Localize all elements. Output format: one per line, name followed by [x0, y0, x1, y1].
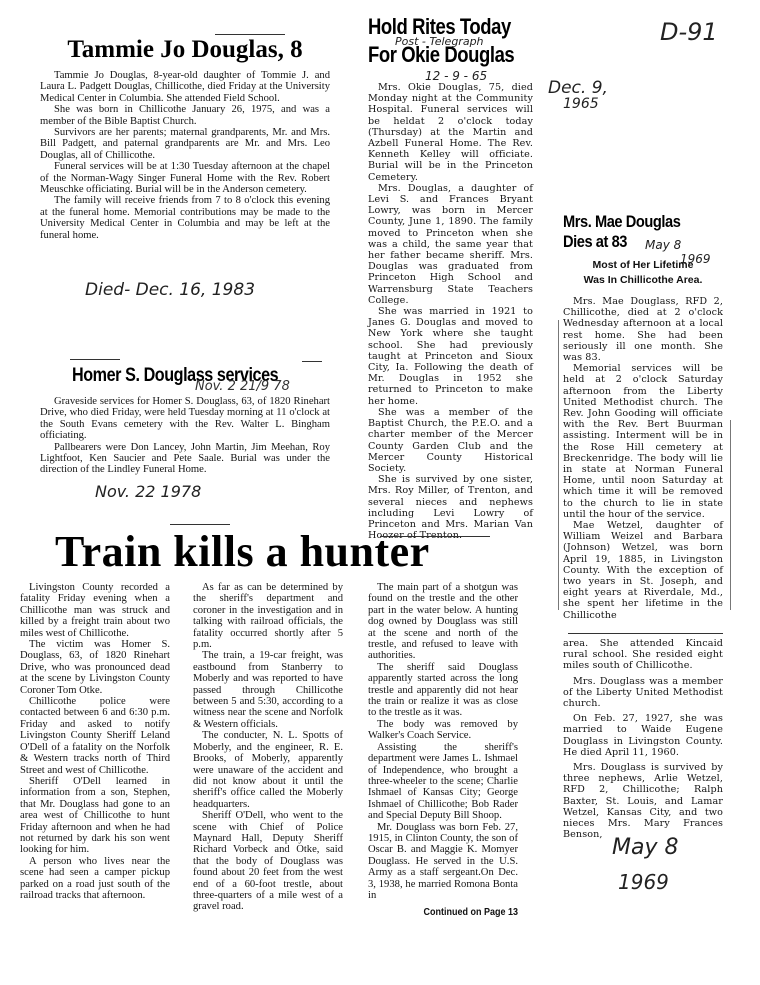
paragraph: The body was removed by Walker's Coach S… [368, 719, 518, 742]
paragraph: As far as can be determined by the sheri… [193, 582, 343, 650]
clipping-edge [730, 420, 731, 610]
paragraph: The conducter, N. L. Spotts of Moberly, … [193, 730, 343, 810]
paragraph: Livingston County recorded a fatality Fr… [20, 582, 170, 639]
continued-on-page-link: Continued on Page 13 [383, 907, 518, 918]
paragraph: Sheriff O'Dell, who went to the scene wi… [193, 810, 343, 913]
article-body: Graveside services for Homer S. Douglass… [40, 396, 330, 476]
article-body: Tammie Jo Douglas, 8-year-old daughter o… [40, 70, 330, 241]
handwritten-year-margin: 1965 [563, 96, 599, 112]
paragraph: The main part of a shotgun was found on … [368, 582, 518, 662]
paragraph: Assisting the sheriff's department were … [368, 742, 518, 822]
headline: Train kills a hunter [55, 526, 430, 577]
paragraph: On Feb. 27, 1927, she was married to Wai… [563, 713, 723, 758]
paragraph: Graveside services for Homer S. Douglass… [40, 396, 330, 442]
paragraph: Mrs. Douglass was a member of the Libert… [563, 676, 723, 710]
obituary-okie-douglas: Hold Rites Today For Okie Douglas Mrs. O… [368, 14, 533, 541]
paragraph: Pallbearers were Don Lancey, John Martin… [40, 442, 330, 476]
obituary-mae-douglas: Mrs. Mae Douglas Dies at 83 Most of Her … [563, 212, 723, 840]
headline-line-1: Mrs. Mae Douglas [563, 212, 701, 232]
paragraph: Memorial services will be held at 2 o'cl… [563, 363, 723, 520]
handwritten-date-margin: Dec. 9, [548, 78, 608, 98]
headline: Tammie Jo Douglas, 8 [40, 36, 330, 64]
handwritten-date-inline: May 8 [645, 238, 681, 252]
article-body: Mrs. Okie Douglas, 75, died Monday night… [368, 82, 533, 541]
paragraph: She was a member of the Baptist Church, … [368, 407, 533, 474]
handwritten-note-year: 1969 [618, 870, 669, 894]
paragraph: Mae Wetzel, daughter of William Weizel a… [563, 520, 723, 621]
paragraph: The victim was Homer S. Douglass, 63, of… [20, 639, 170, 696]
article-train-kills-hunter-header: Train kills a hunter [55, 526, 430, 577]
paragraph: Mrs. Douglass is survived by three nephe… [563, 762, 723, 840]
handwritten-date-overlay: Nov. 2 21/9 78 [195, 379, 290, 394]
obituary-tammie-jo-douglas: Tammie Jo Douglas, 8 Tammie Jo Douglas, … [40, 36, 330, 241]
handwritten-note-date: May 8 [612, 835, 678, 860]
paragraph: Sheriff O'Dell learned in information fr… [20, 776, 170, 856]
article-column-3: The main part of a shotgun was found on … [368, 582, 518, 918]
handwritten-death-date: Died- Dec. 16, 1983 [85, 280, 255, 300]
paragraph: Tammie Jo Douglas, 8-year-old daughter o… [40, 70, 330, 104]
paragraph: Mrs. Mae Douglass, RFD 2, Chillicothe, d… [563, 296, 723, 363]
paragraph: The train, a 19-car freight, was eastbou… [193, 650, 343, 730]
handwritten-source: Post - Telegraph [395, 35, 484, 48]
paragraph: Survivors are her parents; maternal gran… [40, 127, 330, 161]
paragraph: The family will receive friends from 7 t… [40, 195, 330, 241]
paragraph: The sheriff said Douglass apparently sta… [368, 662, 518, 719]
handwritten-date-inline: 12 - 9 - 65 [425, 69, 487, 83]
paragraph: A person who lives near the scene had se… [20, 856, 170, 902]
handwritten-year-inline: 1969 [680, 252, 711, 266]
catalog-number: D-91 [660, 18, 718, 46]
handwritten-service-date: Nov. 22 1978 [95, 482, 201, 501]
article-body-bottom: area. She attended Kincaid rural school.… [563, 638, 723, 840]
paragraph: Mr. Douglass was born Feb. 27, 1915, in … [368, 822, 518, 902]
paragraph: Mrs. Douglas, a daughter of Levi S. and … [368, 183, 533, 306]
article-column-1: Livingston County recorded a fatality Fr… [20, 582, 170, 901]
clipping-edge [558, 320, 559, 610]
paragraph: Funeral services will be at 1:30 Tuesday… [40, 161, 330, 195]
paragraph: She was married in 1921 to Janes G. Doug… [368, 306, 533, 407]
paragraph: She was born in Chillicothe January 26, … [40, 104, 330, 127]
paragraph: area. She attended Kincaid rural school.… [563, 638, 723, 672]
article-body-top: Mrs. Mae Douglass, RFD 2, Chillicothe, d… [563, 296, 723, 621]
subhead-line-2: Was In Chillicothe Area. [563, 273, 723, 288]
paragraph: Mrs. Okie Douglas, 75, died Monday night… [368, 82, 533, 183]
article-column-2: As far as can be determined by the sheri… [193, 582, 343, 913]
paragraph: Chillicothe police were contacted betwee… [20, 696, 170, 776]
